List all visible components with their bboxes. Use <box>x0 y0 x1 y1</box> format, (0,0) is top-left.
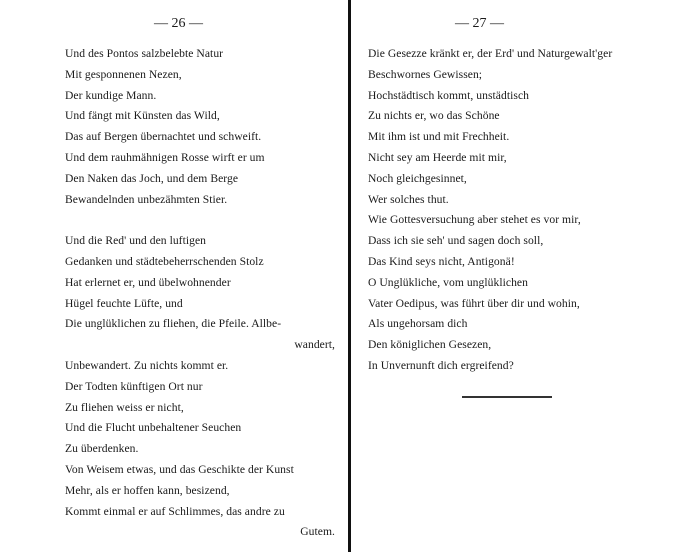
verse-line: Bewandelnden unbezähmten Stier. <box>65 190 335 211</box>
verse-line: Mit ihm ist und mit Frechheit. <box>368 127 638 148</box>
verse-line: Und die Flucht unbehaltener Seuchen <box>65 418 335 439</box>
verse-block: Die Gesezze kränkt er, der Erd' und Natu… <box>368 44 638 377</box>
verse-line: Den Naken das Joch, und dem Berge <box>65 169 335 190</box>
verse-line-continuation: Gutem. <box>65 522 335 543</box>
verse-line: Mehr, als er hoffen kann, besizend, <box>65 481 335 502</box>
stanza-break <box>65 210 335 231</box>
verse-line: Von Weisem etwas, und das Geschikte der … <box>65 460 335 481</box>
verse-line: Beschwornes Gewissen; <box>368 65 638 86</box>
verse-line: Die unglüklichen zu fliehen, die Pfeile.… <box>65 314 335 335</box>
verse-line: O Unglükliche, vom unglüklichen <box>368 273 638 294</box>
page-number: — 27 — <box>455 16 504 32</box>
verse-line: Hochstädtisch kommt, unstädtisch <box>368 86 638 107</box>
verse-line: Und dem rauhmähnigen Rosse wirft er um <box>65 148 335 169</box>
verse-line: Den königlichen Gesezen, <box>368 335 638 356</box>
verse-line: Nicht sey am Heerde mit mir, <box>368 148 638 169</box>
verse-line: Und des Pontos salzbelebte Natur <box>65 44 335 65</box>
verse-line: Und die Red' und den luftigen <box>65 231 335 252</box>
book-spine-divider <box>348 0 351 552</box>
verse-line: Dass ich sie seh' und sagen doch soll, <box>368 231 638 252</box>
verse-line: Die Gesezze kränkt er, der Erd' und Natu… <box>368 44 638 65</box>
verse-line-continuation: wandert, <box>65 335 335 356</box>
verse-line: Kommt einmal er auf Schlimmes, das andre… <box>65 502 335 523</box>
verse-line: Als ungehorsam dich <box>368 314 638 335</box>
right-page: — 27 — Die Gesezze kränkt er, der Erd' u… <box>352 0 698 552</box>
verse-line: Zu fliehen weiss er nicht, <box>65 398 335 419</box>
section-end-rule <box>462 396 552 398</box>
verse-line: In Unvernunft dich ergreifend? <box>368 356 638 377</box>
verse-line: Das auf Bergen übernachtet und schweift. <box>65 127 335 148</box>
verse-line: Der kundige Mann. <box>65 86 335 107</box>
verse-block: Und des Pontos salzbelebte Natur Mit ges… <box>65 44 335 543</box>
verse-line: Mit gesponnenen Nezen, <box>65 65 335 86</box>
verse-line: Noch gleichgesinnet, <box>368 169 638 190</box>
verse-line: Und fängt mit Künsten das Wild, <box>65 106 335 127</box>
verse-line: Das Kind seys nicht, Antigonä! <box>368 252 638 273</box>
verse-line: Vater Oedipus, was führt über dir und wo… <box>368 294 638 315</box>
verse-line: Zu nichts er, wo das Schöne <box>368 106 638 127</box>
verse-line: Hat erlernet er, und übelwohnender <box>65 273 335 294</box>
verse-line: Zu überdenken. <box>65 439 335 460</box>
verse-line: Wer solches thut. <box>368 190 638 211</box>
left-page: — 26 — Und des Pontos salzbelebte Natur … <box>0 0 348 552</box>
verse-line: Unbewandert. Zu nichts kommt er. <box>65 356 335 377</box>
page-number: — 26 — <box>154 16 203 32</box>
verse-line: Wie Gottesversuchung aber stehet es vor … <box>368 210 638 231</box>
verse-line: Hügel feuchte Lüfte, und <box>65 294 335 315</box>
verse-line: Gedanken und städtebeherrschenden Stolz <box>65 252 335 273</box>
verse-line: Der Todten künftigen Ort nur <box>65 377 335 398</box>
